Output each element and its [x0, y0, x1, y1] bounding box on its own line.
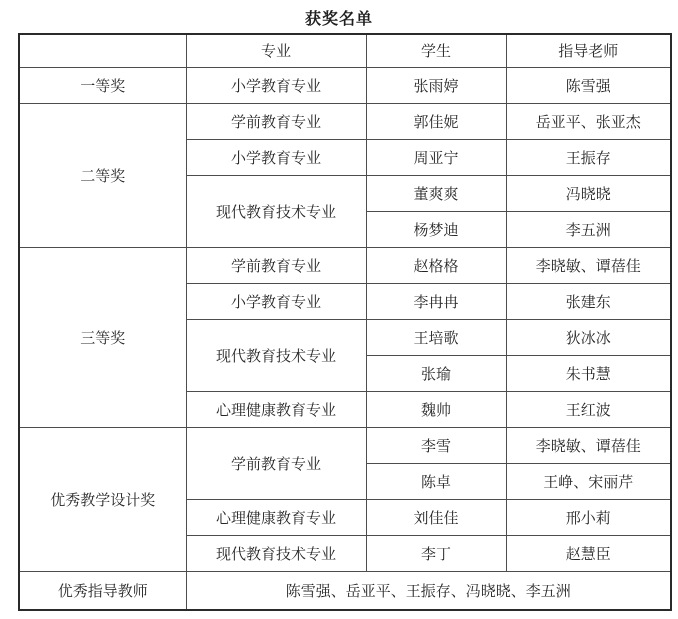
- student-cell: 陈卓: [366, 463, 506, 499]
- award-cell: 三等奖: [19, 247, 186, 427]
- major-cell: 学前教育专业: [186, 427, 366, 499]
- teacher-cell: 冯晓晓: [506, 175, 671, 211]
- student-cell: 刘佳佳: [366, 499, 506, 535]
- major-cell: 现代教育技术专业: [186, 319, 366, 391]
- student-cell: 王培歌: [366, 319, 506, 355]
- teacher-cell: 王峥、宋丽芹: [506, 463, 671, 499]
- excellent-teachers-cell: 陈雪强、岳亚平、王振存、冯晓晓、李五洲: [186, 571, 671, 610]
- document-page: 获奖名单 专业 学生 指导老师 一等奖 小学教育专业 张雨婷 陈雪强 二等奖 学…: [0, 0, 678, 619]
- student-cell: 李丁: [366, 535, 506, 571]
- teacher-cell: 岳亚平、张亚杰: [506, 103, 671, 139]
- table-row: 三等奖 学前教育专业 赵格格 李晓敏、谭蓓佳: [19, 247, 671, 283]
- header-major: 专业: [186, 34, 366, 67]
- header-teacher: 指导老师: [506, 34, 671, 67]
- student-cell: 杨梦迪: [366, 211, 506, 247]
- teacher-cell: 邢小莉: [506, 499, 671, 535]
- teacher-cell: 王红波: [506, 391, 671, 427]
- teacher-cell: 王振存: [506, 139, 671, 175]
- table-footer-row: 优秀指导教师 陈雪强、岳亚平、王振存、冯晓晓、李五洲: [19, 571, 671, 610]
- header-student: 学生: [366, 34, 506, 67]
- award-cell: 二等奖: [19, 103, 186, 247]
- teacher-cell: 陈雪强: [506, 67, 671, 103]
- major-cell: 小学教育专业: [186, 139, 366, 175]
- major-cell: 小学教育专业: [186, 283, 366, 319]
- table-row: 二等奖 学前教育专业 郭佳妮 岳亚平、张亚杰: [19, 103, 671, 139]
- teacher-cell: 赵慧臣: [506, 535, 671, 571]
- student-cell: 张雨婷: [366, 67, 506, 103]
- teacher-cell: 李晓敏、谭蓓佳: [506, 247, 671, 283]
- award-cell: 优秀教学设计奖: [19, 427, 186, 571]
- major-cell: 小学教育专业: [186, 67, 366, 103]
- table-row: 优秀教学设计奖 学前教育专业 李雪 李晓敏、谭蓓佳: [19, 427, 671, 463]
- major-cell: 学前教育专业: [186, 103, 366, 139]
- student-cell: 魏帅: [366, 391, 506, 427]
- major-cell: 现代教育技术专业: [186, 175, 366, 247]
- teacher-cell: 狄冰冰: [506, 319, 671, 355]
- table-header-row: 专业 学生 指导老师: [19, 34, 671, 67]
- student-cell: 郭佳妮: [366, 103, 506, 139]
- header-award: [19, 34, 186, 67]
- teacher-cell: 李晓敏、谭蓓佳: [506, 427, 671, 463]
- major-cell: 心理健康教育专业: [186, 391, 366, 427]
- student-cell: 周亚宁: [366, 139, 506, 175]
- teacher-cell: 朱书慧: [506, 355, 671, 391]
- award-cell: 一等奖: [19, 67, 186, 103]
- major-cell: 学前教育专业: [186, 247, 366, 283]
- student-cell: 李雪: [366, 427, 506, 463]
- major-cell: 现代教育技术专业: [186, 535, 366, 571]
- award-cell: 优秀指导教师: [19, 571, 186, 610]
- teacher-cell: 李五洲: [506, 211, 671, 247]
- student-cell: 李冉冉: [366, 283, 506, 319]
- student-cell: 张瑜: [366, 355, 506, 391]
- teacher-cell: 张建东: [506, 283, 671, 319]
- table-row: 一等奖 小学教育专业 张雨婷 陈雪强: [19, 67, 671, 103]
- page-title: 获奖名单: [0, 0, 678, 29]
- major-cell: 心理健康教育专业: [186, 499, 366, 535]
- award-table: 专业 学生 指导老师 一等奖 小学教育专业 张雨婷 陈雪强 二等奖 学前教育专业…: [18, 33, 672, 611]
- student-cell: 赵格格: [366, 247, 506, 283]
- student-cell: 董爽爽: [366, 175, 506, 211]
